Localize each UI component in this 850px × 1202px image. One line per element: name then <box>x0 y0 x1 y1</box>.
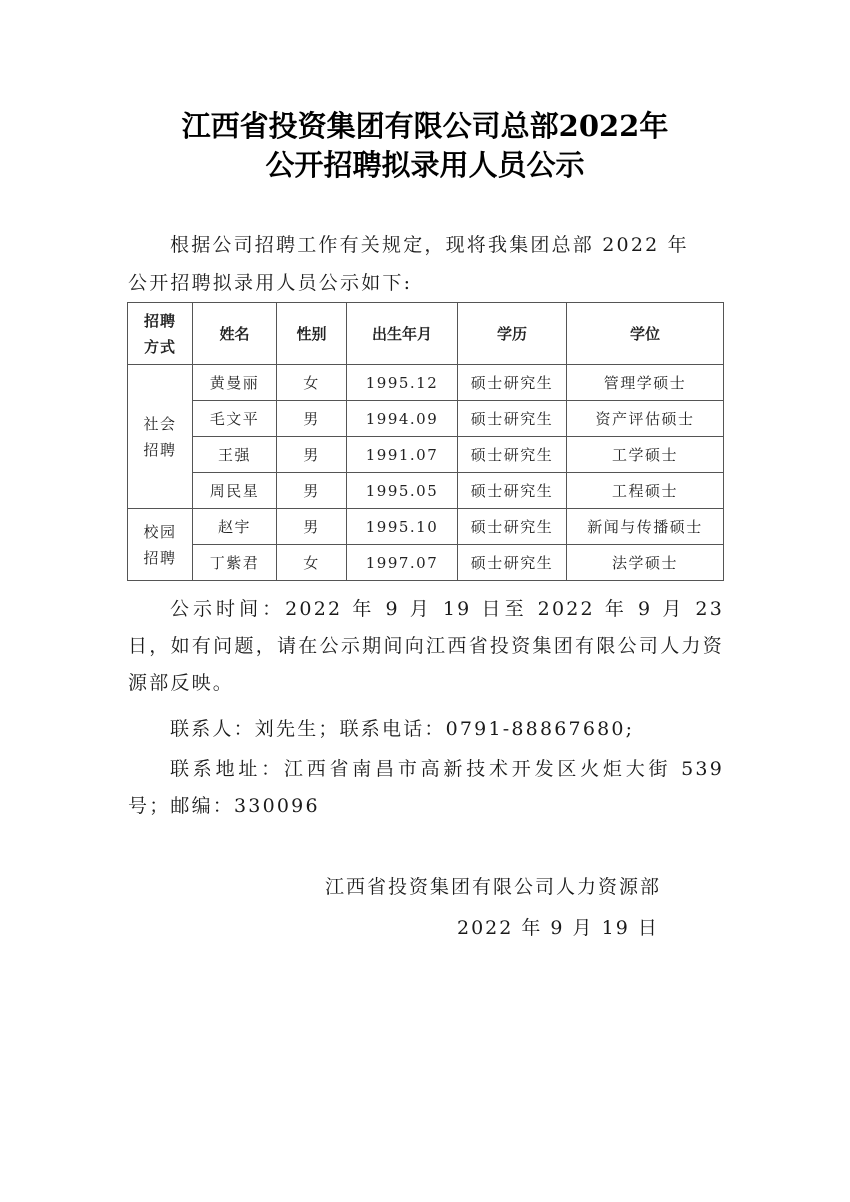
table-row: 丁紫君 女 1997.07 硕士研究生 法学硕士 <box>128 545 724 581</box>
address-paragraph: 联系地址：江西省南昌市高新技术开发区火炬大街 539 号；邮编：330096 <box>128 751 724 825</box>
cell-gender: 女 <box>277 365 347 401</box>
cell-gender: 男 <box>277 509 347 545</box>
header-birth: 出生年月 <box>347 303 458 365</box>
cell-name: 王强 <box>193 437 277 473</box>
signature-organization: 江西省投资集团有限公司人力资源部 <box>325 872 661 899</box>
cell-name: 赵宇 <box>193 509 277 545</box>
hire-roster-table: 招聘 方式 姓名 性别 出生年月 学历 学位 社会 招聘 黄曼丽 女 1995.… <box>127 302 724 581</box>
cell-name: 丁紫君 <box>193 545 277 581</box>
cell-name: 周民星 <box>193 473 277 509</box>
signature-date: 2022 年 9 月 19 日 <box>457 913 659 940</box>
cell-education: 硕士研究生 <box>458 473 567 509</box>
cell-education: 硕士研究生 <box>458 545 567 581</box>
header-gender: 性别 <box>277 303 347 365</box>
group-campus-recruitment: 校园 招聘 <box>128 509 193 581</box>
cell-gender: 女 <box>277 545 347 581</box>
table-row: 社会 招聘 黄曼丽 女 1995.12 硕士研究生 管理学硕士 <box>128 365 724 401</box>
cell-education: 硕士研究生 <box>458 437 567 473</box>
cell-birth: 1991.07 <box>347 437 458 473</box>
group-label-line2: 招聘 <box>128 437 192 463</box>
cell-education: 硕士研究生 <box>458 401 567 437</box>
cell-gender: 男 <box>277 401 347 437</box>
cell-birth: 1994.09 <box>347 401 458 437</box>
group-label-line2: 招聘 <box>128 545 192 571</box>
cell-degree: 资产评估硕士 <box>567 401 724 437</box>
cell-gender: 男 <box>277 473 347 509</box>
cell-birth: 1995.10 <box>347 509 458 545</box>
cell-degree: 法学硕士 <box>567 545 724 581</box>
document-title-line2: 公开招聘拟录用人员公示 <box>0 143 850 184</box>
header-method: 招聘 方式 <box>128 303 193 365</box>
intro-line2: 公开招聘拟录用人员公示如下: <box>128 265 724 302</box>
header-degree: 学位 <box>567 303 724 365</box>
table-row: 王强 男 1991.07 硕士研究生 工学硕士 <box>128 437 724 473</box>
group-social-recruitment: 社会 招聘 <box>128 365 193 509</box>
header-education: 学历 <box>458 303 567 365</box>
header-method-line2: 方式 <box>128 334 192 360</box>
header-method-line1: 招聘 <box>128 308 192 334</box>
table-row: 校园 招聘 赵宇 男 1995.10 硕士研究生 新闻与传播硕士 <box>128 509 724 545</box>
cell-gender: 男 <box>277 437 347 473</box>
document-title-line1: 江西省投资集团有限公司总部2022年 <box>0 104 850 145</box>
group-label-line1: 社会 <box>128 411 192 437</box>
cell-degree: 新闻与传播硕士 <box>567 509 724 545</box>
cell-name: 毛文平 <box>193 401 277 437</box>
table-row: 周民星 男 1995.05 硕士研究生 工程硕士 <box>128 473 724 509</box>
table-row: 毛文平 男 1994.09 硕士研究生 资产评估硕士 <box>128 401 724 437</box>
header-name: 姓名 <box>193 303 277 365</box>
intro-line1: 根据公司招聘工作有关规定，现将我集团总部 2022 年 <box>128 227 724 264</box>
cell-degree: 工学硕士 <box>567 437 724 473</box>
cell-birth: 1995.12 <box>347 365 458 401</box>
group-label-line1: 校园 <box>128 519 192 545</box>
cell-birth: 1995.05 <box>347 473 458 509</box>
cell-birth: 1997.07 <box>347 545 458 581</box>
cell-degree: 管理学硕士 <box>567 365 724 401</box>
cell-education: 硕士研究生 <box>458 365 567 401</box>
notice-period-paragraph: 公示时间：2022 年 9 月 19 日至 2022 年 9 月 23 日，如有… <box>128 591 724 702</box>
cell-degree: 工程硕士 <box>567 473 724 509</box>
cell-name: 黄曼丽 <box>193 365 277 401</box>
cell-education: 硕士研究生 <box>458 509 567 545</box>
table-header-row: 招聘 方式 姓名 性别 出生年月 学历 学位 <box>128 303 724 365</box>
contact-paragraph: 联系人：刘先生；联系电话：0791-88867680; <box>128 711 724 748</box>
